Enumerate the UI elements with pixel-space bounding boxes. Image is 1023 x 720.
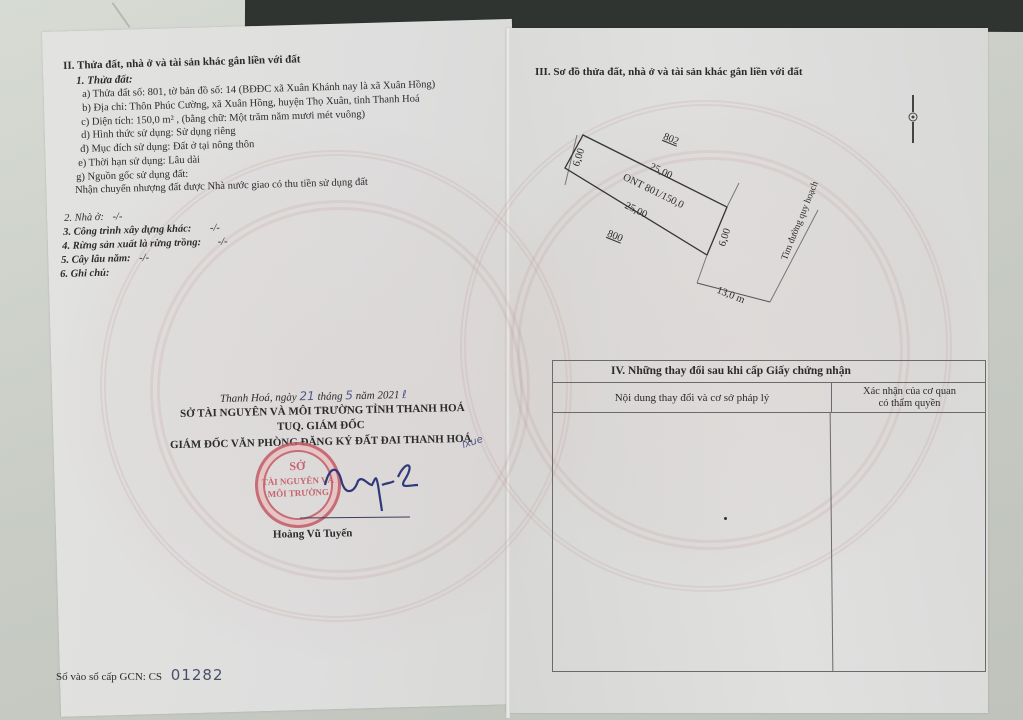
column-change-content: Nội dung thay đổi và cơ sở pháp lý [553,383,831,412]
registry-number-row: Số vào sổ cấp GCN: CS 01282 [56,666,224,684]
subsection-parcel-title: 1. Thửa đất: [76,73,133,87]
other-item-label: 2. Nhà ở: [64,212,104,224]
date-month-label: tháng [317,390,342,403]
other-item-label: 6. Ghi chú: [60,268,110,280]
other-item-value: -/- [112,211,122,222]
changes-table: IV. Những thay đổi sau khi cấp Giấy chứn… [552,360,986,672]
on-behalf-title: TUQ. GIÁM ĐỐC [277,419,365,433]
date-year: năm 2021 [356,389,400,402]
other-item-value: -/- [217,236,227,247]
handwritten-initial: ℓ [402,388,407,401]
date-day: 21 [299,389,315,403]
other-item-notes: 6. Ghi chú: [60,268,110,280]
column-divider [830,413,834,671]
changes-table-title: IV. Những thay đổi sau khi cấp Giấy chứn… [611,365,851,377]
date-prefix: Thanh Hoá, ngày [220,391,297,405]
north-arrow-icon [906,95,920,145]
signer-name: Hoàng Vũ Tuyến [273,527,352,540]
other-item-value: -/- [210,223,220,234]
registry-number: 01282 [171,666,224,684]
column-authority-line1: Xác nhận của cơ quan [832,386,987,398]
column-authority-line2: có thẩm quyền [832,398,987,410]
other-item-house: 2. Nhà ở: -/- [64,211,123,224]
parcel-diagram [555,115,855,315]
changes-table-header: IV. Những thay đổi sau khi cấp Giấy chứn… [553,361,985,383]
section-iii-title: III. Sơ đồ thửa đất, nhà ở và tài sản kh… [535,66,803,78]
other-item-value: -/- [139,253,149,264]
changes-table-column-headers: Nội dung thay đổi và cơ sở pháp lý Xác n… [553,383,985,413]
other-item-label: 5. Cây lâu năm: [61,253,131,266]
column-authority-confirmation: Xác nhận của cơ quan có thẩm quyền [831,383,987,412]
handwritten-signature [320,455,420,515]
ink-dot [724,517,727,520]
date-month: 5 [345,388,353,402]
registry-label: Số vào sổ cấp GCN: CS [56,671,162,683]
